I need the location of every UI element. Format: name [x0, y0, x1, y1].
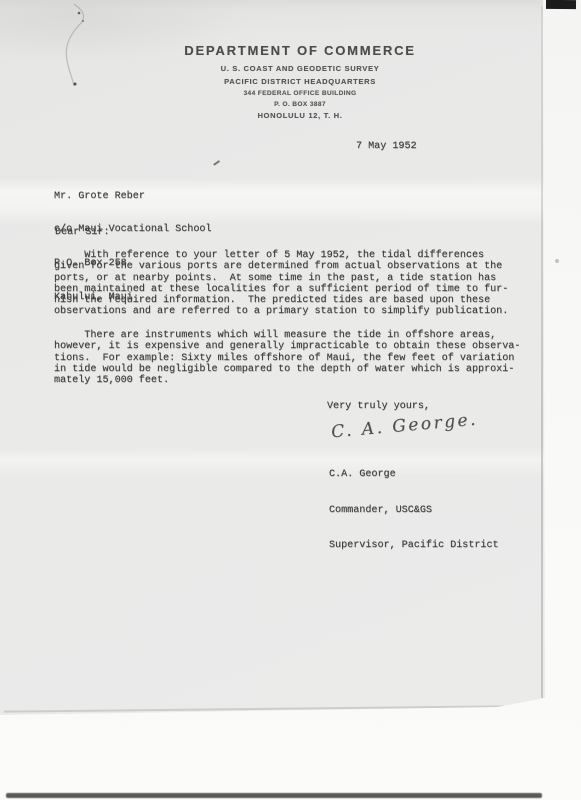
scan-speck — [555, 259, 559, 263]
letter-page: DEPARTMENT OF COMMERCE U. S. COAST AND G… — [0, 0, 545, 716]
date-line: 7 May 1952 — [356, 141, 417, 152]
letterhead-office: PACIFIC DISTRICT HEADQUARTERS — [184, 77, 415, 86]
signer-title-2: Supervisor, Pacific District — [329, 540, 499, 552]
letterhead-department: DEPARTMENT OF COMMERCE — [184, 43, 415, 58]
handwritten-signature: C. A. George. — [330, 410, 478, 443]
body-paragraph-2: There are instruments which will measure… — [54, 330, 520, 386]
scanned-letter: DEPARTMENT OF COMMERCE U. S. COAST AND G… — [0, 0, 581, 800]
signature-block: C.A. George Commander, USC&GS Supervisor… — [329, 446, 499, 575]
body-paragraph-1: With reference to your letter of 5 May 1… — [54, 250, 508, 318]
scan-artifact-top-right — [546, 0, 576, 9]
letterhead: DEPARTMENT OF COMMERCE U. S. COAST AND G… — [184, 43, 415, 124]
letterhead-building: 344 FEDERAL OFFICE BUILDING — [184, 90, 415, 97]
signer-name: C.A. George — [329, 469, 499, 481]
scan-artifact-bottom-line — [6, 793, 542, 798]
valediction: Very truly yours, — [327, 401, 430, 412]
pen-tick-mark — [213, 160, 220, 165]
paper-edge-right — [541, 6, 543, 698]
salutation: Dear Sir: — [55, 227, 110, 238]
pencil-mark — [56, 2, 96, 94]
paper-edge-bottom — [4, 705, 504, 712]
recipient-name: Mr. Grote Reber — [54, 191, 212, 202]
letterhead-city: HONOLULU 12, T. H. — [184, 111, 415, 120]
signer-title-1: Commander, USC&GS — [329, 505, 499, 517]
letterhead-bureau: U. S. COAST AND GEODETIC SURVEY — [184, 64, 415, 73]
letterhead-po-box: P. O. BOX 3887 — [184, 101, 415, 108]
